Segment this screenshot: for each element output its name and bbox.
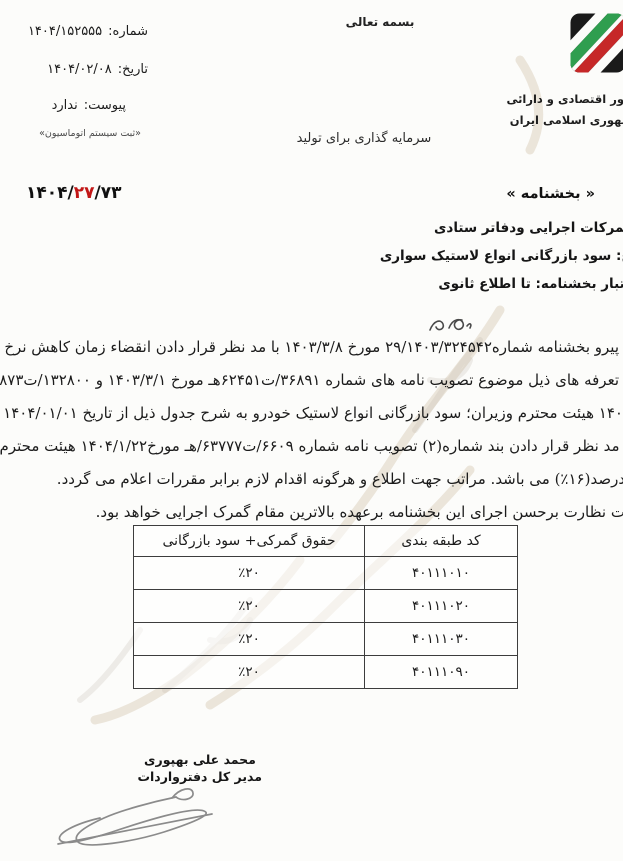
circular-number-middle: ۲۷ (74, 183, 95, 203)
org-line1: وزارت امور اقتصادی و دارائی (506, 92, 623, 106)
signatory-name: محمد علی بهپوری (138, 751, 262, 768)
code-cell: ۴۰۱۱۱۰۳۰ (365, 623, 518, 656)
doc-number-row: شماره:۱۴۰۴/۱۵۲۵۵۵ (28, 24, 148, 39)
tariff-table: کد طبقه بندی حقوق گمرکی+ سود بازرگانی ۴۰… (133, 525, 518, 689)
circular-number-suffix: /۷۳ (94, 183, 121, 203)
addressee-to: به: کلیه گمرکات اجرایی ودفاتر ستادی (434, 220, 623, 236)
table-row: ۴۰۱۱۱۰۲۰ ٪۲۰ (134, 590, 518, 623)
body-line: ۱۴۰۱ هیئت محترم وزیران؛ سود بازرگانی انو… (0, 404, 623, 422)
body-line: پیرو بخشنامه شماره۲۹/۱۴۰۳/۳۲۴۵۴۲ مورخ ۱۴… (0, 338, 619, 356)
circular-number-prefix: ۱۴۰۴/ (26, 183, 74, 203)
doc-number-label: شماره: (108, 24, 148, 39)
addressee-validity: اعتبار بخشنامه: تا اطلاع ثانوی (438, 276, 623, 292)
scanned-circular-document: شماره:۱۴۰۴/۱۵۲۵۵۵ تاریخ:۱۴۰۴/۰۲/۰۸ پیوست… (0, 0, 623, 861)
body-line: ت نظارت برحسن اجرای این بخشنامه برعهده ب… (96, 503, 623, 521)
signature-block: محمد علی بهپوری مدیر کل دفترواردات (138, 751, 262, 785)
table-row: ۴۰۱۱۱۰۳۰ ٪۲۰ (134, 623, 518, 656)
org-line2: گمرک جمهوری اسلامی ایران (510, 113, 623, 127)
bismillah-text: بسمه تعالی (330, 15, 430, 29)
doc-date-row: تاریخ:۱۴۰۴/۰۲/۰۸ (47, 62, 148, 77)
doc-number-value: ۱۴۰۴/۱۵۲۵۵۵ (28, 24, 102, 39)
col-header-code: کد طبقه بندی (365, 526, 518, 557)
automation-note: «ثبت سیستم اتوماسیون» (39, 128, 141, 139)
circular-number: ۱۴۰۴/۲۷/۷۳ (26, 183, 121, 203)
doc-attachment-value: ندارد (52, 98, 78, 113)
circular-title: « بخشنامه » (506, 186, 595, 202)
doc-attachment-label: پیوست: (84, 98, 126, 113)
code-cell: ۴۰۱۱۱۰۱۰ (365, 557, 518, 590)
table-row: ۴۰۱۱۱۰۹۰ ٪۲۰ (134, 656, 518, 689)
col-header-duty: حقوق گمرکی+ سود بازرگانی (134, 526, 365, 557)
customs-logo-icon (569, 12, 623, 74)
table-row: ۴۰۱۱۱۰۱۰ ٪۲۰ (134, 557, 518, 590)
duty-cell: ٪۲۰ (134, 623, 365, 656)
code-cell: ۴۰۱۱۱۰۲۰ (365, 590, 518, 623)
duty-cell: ٪۲۰ (134, 557, 365, 590)
doc-date-value: ۱۴۰۴/۰۲/۰۸ (47, 62, 112, 77)
duty-cell: ٪۲۰ (134, 656, 365, 689)
doc-date-label: تاریخ: (118, 62, 148, 77)
doc-attachment-row: پیوست:ندارد (52, 98, 126, 113)
body-line: تعرفه های ذیل موضوع تصویب نامه های شماره… (0, 371, 619, 389)
table-header-row: کد طبقه بندی حقوق گمرکی+ سود بازرگانی (134, 526, 518, 557)
code-cell: ۴۰۱۱۱۰۹۰ (365, 656, 518, 689)
body-line: با مد نظر قرار دادن بند شماره(۲) تصویب ن… (0, 437, 623, 455)
addressee-subject: موضوع: سود بازرگانی انواع لاستیک سواری (380, 248, 623, 264)
signatory-title: مدیر کل دفترواردات (138, 768, 262, 785)
body-line: درصد(۱۶٪) می باشد. مراتب جهت اطلاع و هرگ… (57, 470, 623, 488)
header-slogan: سرمایه گذاری برای تولید (288, 131, 440, 146)
tariff-table-wrap: کد طبقه بندی حقوق گمرکی+ سود بازرگانی ۴۰… (133, 525, 518, 689)
signature-scribble (52, 784, 224, 858)
handwritten-mark (427, 314, 473, 336)
duty-cell: ٪۲۰ (134, 590, 365, 623)
